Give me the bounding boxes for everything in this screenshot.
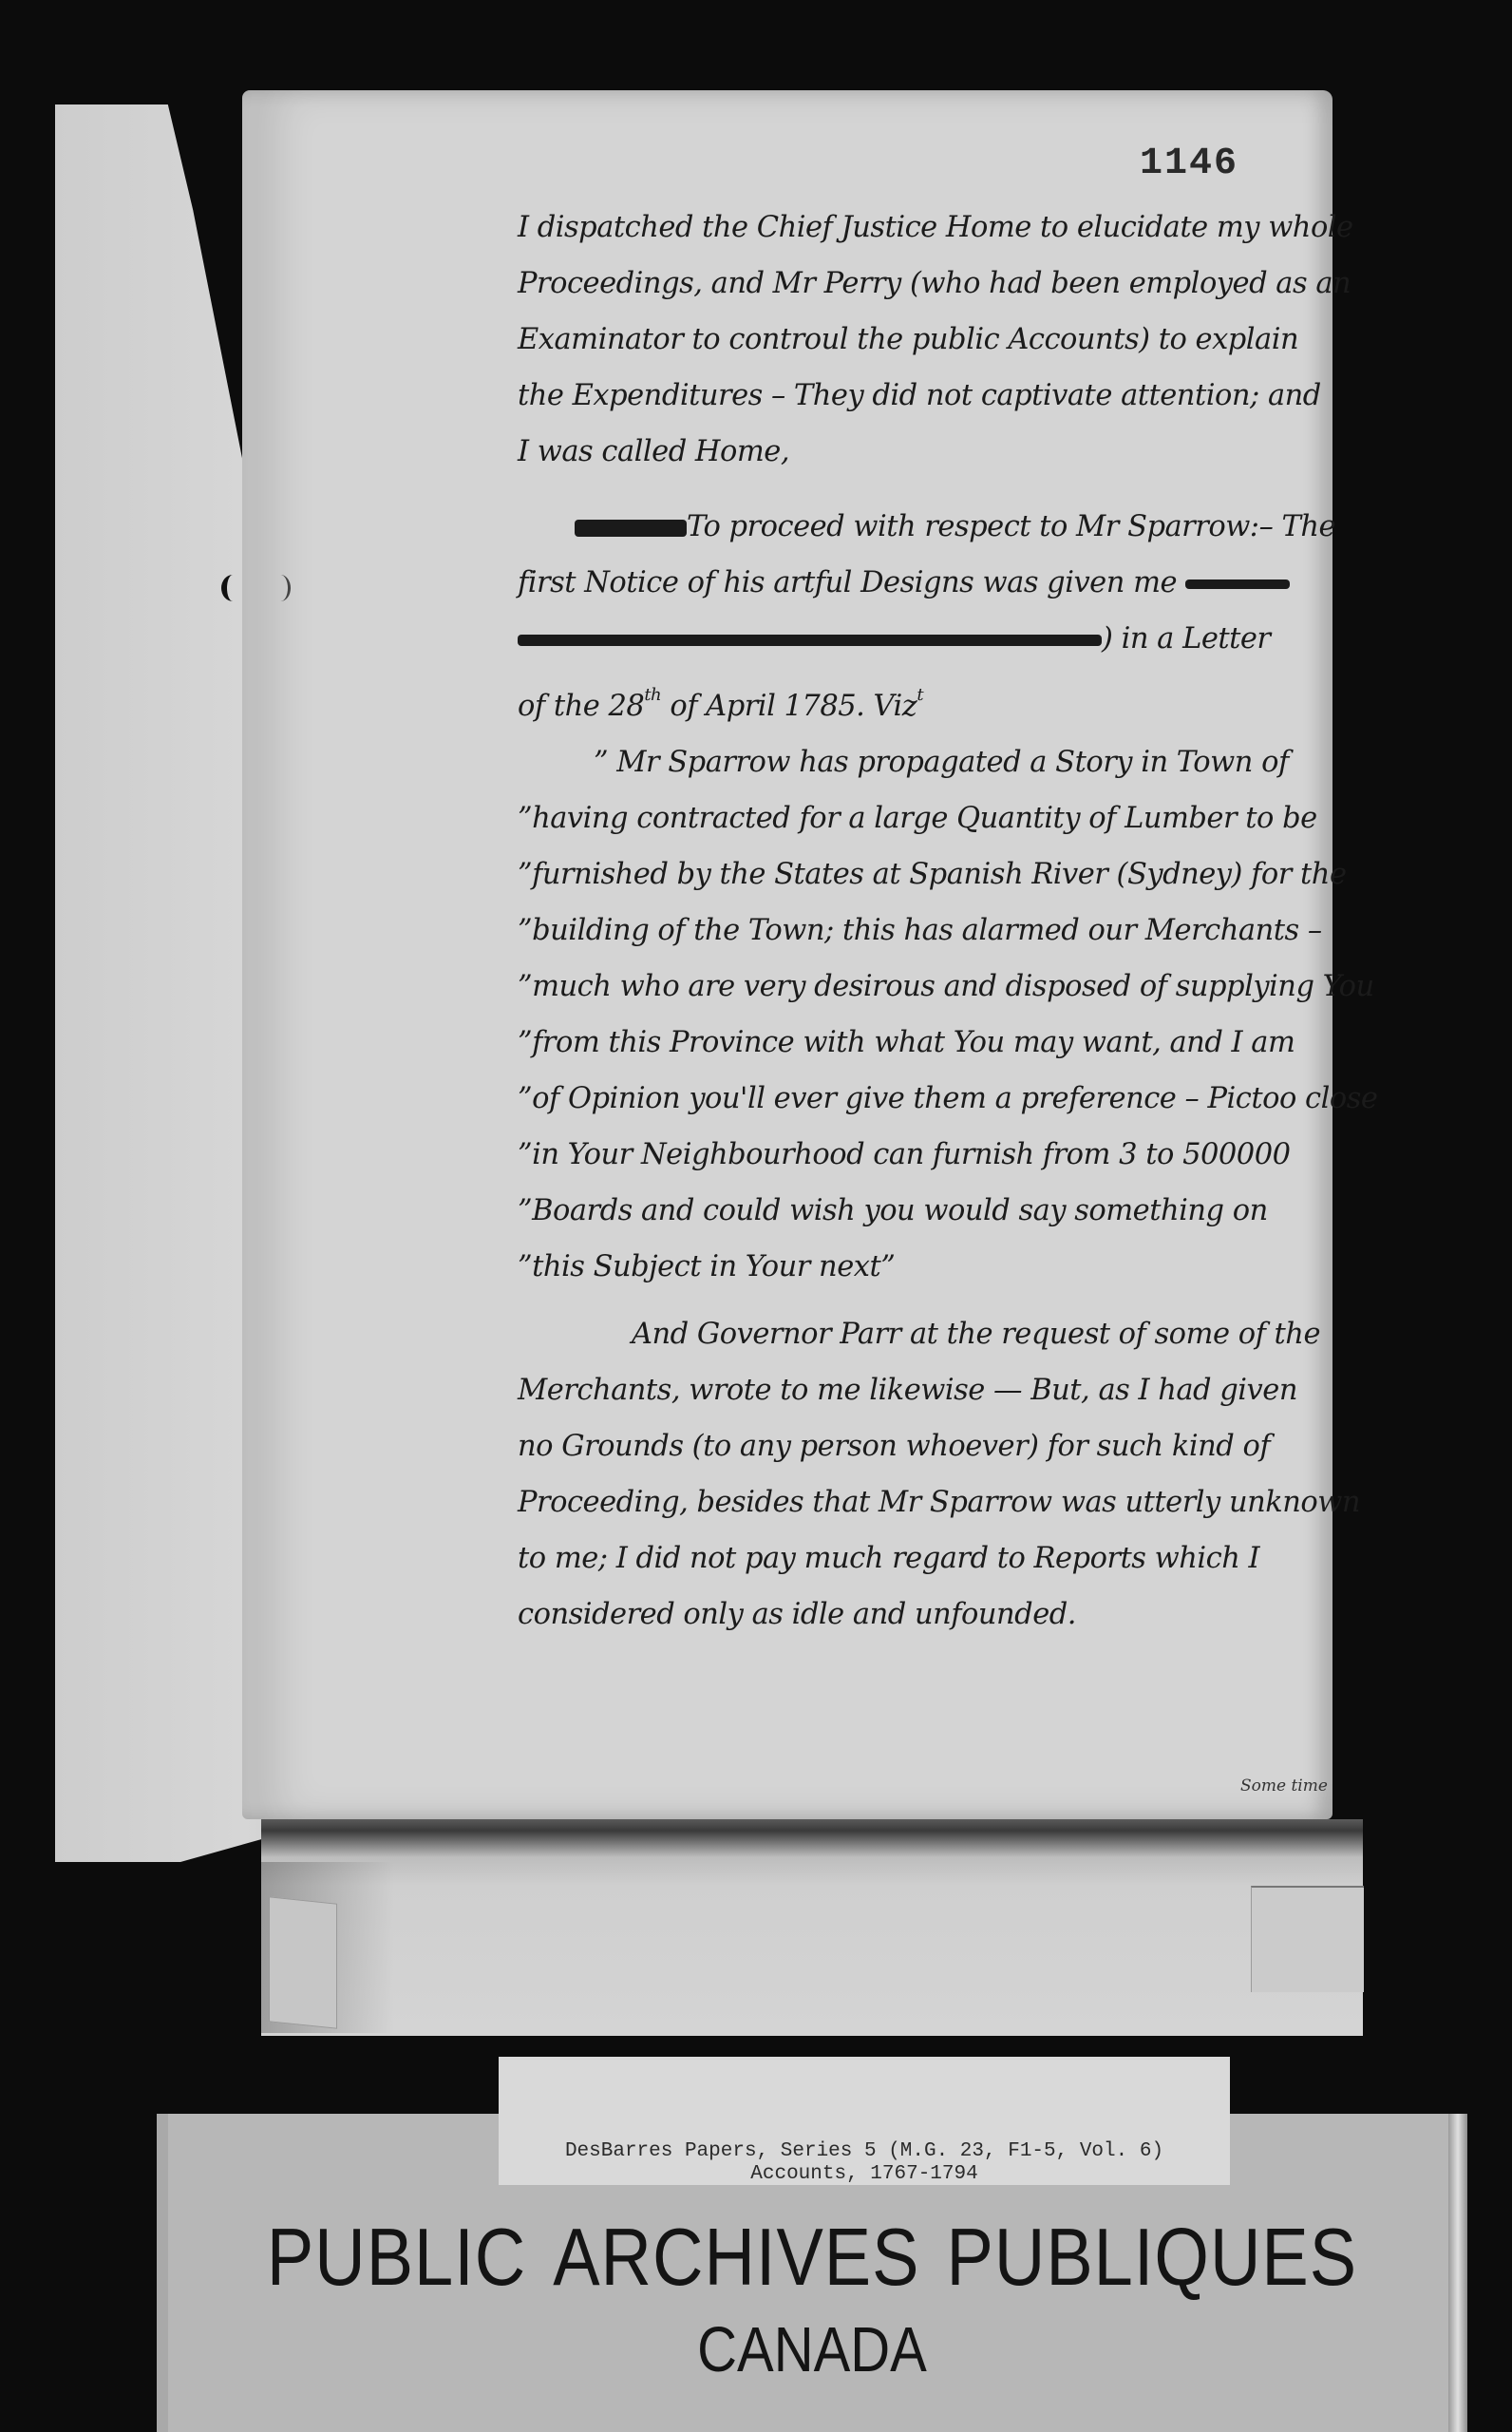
- struck-out-word: [575, 520, 687, 537]
- text-line: To proceed with respect to Mr Sparrow:– …: [518, 499, 1334, 555]
- text-line: Merchants, wrote to me likewise — But, a…: [518, 1362, 1334, 1418]
- tape-piece: [1251, 1886, 1364, 1992]
- catchword: Some time: [1240, 1776, 1328, 1795]
- quote-line: ” Mr Sparrow has propagated a Story in T…: [518, 734, 1334, 790]
- label-text: DesBarres Papers, Series 5 (M.G. 23, F1-…: [499, 2140, 1230, 2186]
- text-line: of the 28th of April 1785. Vizt: [518, 667, 1334, 723]
- text-line: And Governor Parr at the request of some…: [518, 1306, 1334, 1362]
- quote-line: ”furnished by the States at Spanish Rive…: [518, 846, 1334, 902]
- quote-line: ”building of the Town; this has alarmed …: [518, 902, 1334, 959]
- label-line-collection: DesBarres Papers, Series 5 (M.G. 23, F1-…: [499, 2140, 1230, 2163]
- archive-reference-label: DesBarres Papers, Series 5 (M.G. 23, F1-…: [499, 2057, 1230, 2185]
- label-line-accounts: Accounts, 1767-1794: [499, 2163, 1230, 2186]
- banner-word: PUBLIQUES: [947, 2212, 1358, 2302]
- text-line: Proceeding, besides that Mr Sparrow was …: [518, 1474, 1334, 1530]
- text-line: the Expenditures – They did not captivat…: [518, 368, 1334, 424]
- quote-line: ”Boards and could wish you would say som…: [518, 1183, 1334, 1239]
- manuscript-text: I dispatched the Chief Justice Home to e…: [518, 199, 1334, 1643]
- text-line: Proceedings, and Mr Perry (who had been …: [518, 256, 1334, 312]
- text-line: ) in a Letter: [518, 611, 1334, 667]
- binding-hole-icon: [271, 575, 291, 601]
- archive-banner-title: PUBLICARCHIVESPUBLIQUES: [157, 2211, 1467, 2304]
- archive-banner-subtitle: CANADA: [157, 2313, 1467, 2386]
- struck-out-line: [518, 635, 1102, 646]
- underlying-page-strip: [261, 1819, 1363, 2036]
- text-fragment: of the 28: [518, 690, 644, 723]
- quote-line: ”having contracted for a large Quantity …: [518, 790, 1334, 846]
- text-line: I dispatched the Chief Justice Home to e…: [518, 199, 1334, 256]
- banner-word: PUBLIC: [267, 2212, 526, 2302]
- text-fragment: ) in a Letter: [1102, 622, 1271, 655]
- binding-hole-icon: [221, 575, 244, 601]
- quote-line: ”from this Province with what You may wa…: [518, 1015, 1334, 1071]
- folio-number: 1146: [1140, 142, 1238, 185]
- text-line: no Grounds (to any person whoever) for s…: [518, 1418, 1334, 1474]
- superscript: t: [917, 685, 923, 705]
- superscript: th: [644, 685, 661, 705]
- text-fragment: of April 1785. Viz: [661, 690, 917, 723]
- text-line: Examinator to controul the public Accoun…: [518, 312, 1334, 368]
- quote-line: ”in Your Neighbourhood can furnish from …: [518, 1127, 1334, 1183]
- text-line: first Notice of his artful Designs was g…: [518, 555, 1334, 611]
- text-line: I was called Home,: [518, 424, 1334, 480]
- text-line: considered only as idle and unfounded.: [518, 1586, 1334, 1643]
- struck-out-word: [1185, 579, 1290, 589]
- quote-line: ”of Opinion you'll ever give them a pref…: [518, 1071, 1334, 1127]
- text-fragment: first Notice of his artful Designs was g…: [518, 566, 1177, 599]
- banner-word: ARCHIVES: [553, 2212, 919, 2302]
- text-line: to me; I did not pay much regard to Repo…: [518, 1530, 1334, 1586]
- text-fragment: To proceed with respect to Mr Sparrow:– …: [687, 510, 1335, 543]
- quote-line: ”much who are very desirous and disposed…: [518, 959, 1334, 1015]
- quote-line: ”this Subject in Your next”: [518, 1239, 1334, 1295]
- tape-piece: [269, 1896, 337, 2029]
